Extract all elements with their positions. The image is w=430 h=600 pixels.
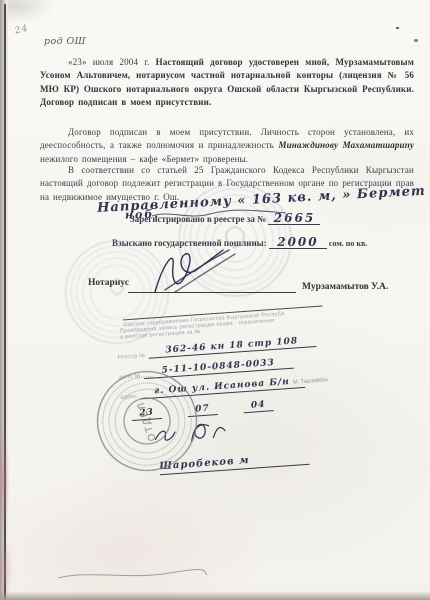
notary-label: Нотариус <box>88 278 129 288</box>
scan-color-smudge <box>0 425 10 535</box>
stamp-registry-label: Реестр № <box>117 353 145 361</box>
paragraph-identity: Договор подписан в моем присутствии. Лич… <box>40 126 414 166</box>
scan-bottom-edge <box>0 591 430 600</box>
pencil-mark: 24 <box>14 24 29 37</box>
otdel-stamp-text: ОТДЕЛ <box>135 400 158 443</box>
paragraph-certification: «23» июля 2004 г. Настоящий договор удос… <box>40 56 414 110</box>
scanned-document-page: 24 род ОШ «23» июля 2004 г. Настоящий до… <box>0 0 430 600</box>
fee-suffix: сом. по кв. <box>327 239 367 248</box>
city-line: род ОШ <box>44 36 86 47</box>
party-name: Минаждинову Махаматшарипу <box>278 140 414 150</box>
pencil-squiggle <box>55 568 210 582</box>
certification-date: «23» июля 2004 г. <box>68 57 156 67</box>
notary-signature-line <box>128 292 296 293</box>
scan-speck <box>414 39 418 42</box>
notary-name: Мурзамамытов У.А. <box>302 282 388 292</box>
scan-speck <box>396 27 399 29</box>
identity-text-tail: нежилого помещения – кафе «Бермет» прове… <box>40 154 248 164</box>
notary-signature <box>145 242 240 297</box>
stamp-date-year: 04 <box>251 400 266 411</box>
